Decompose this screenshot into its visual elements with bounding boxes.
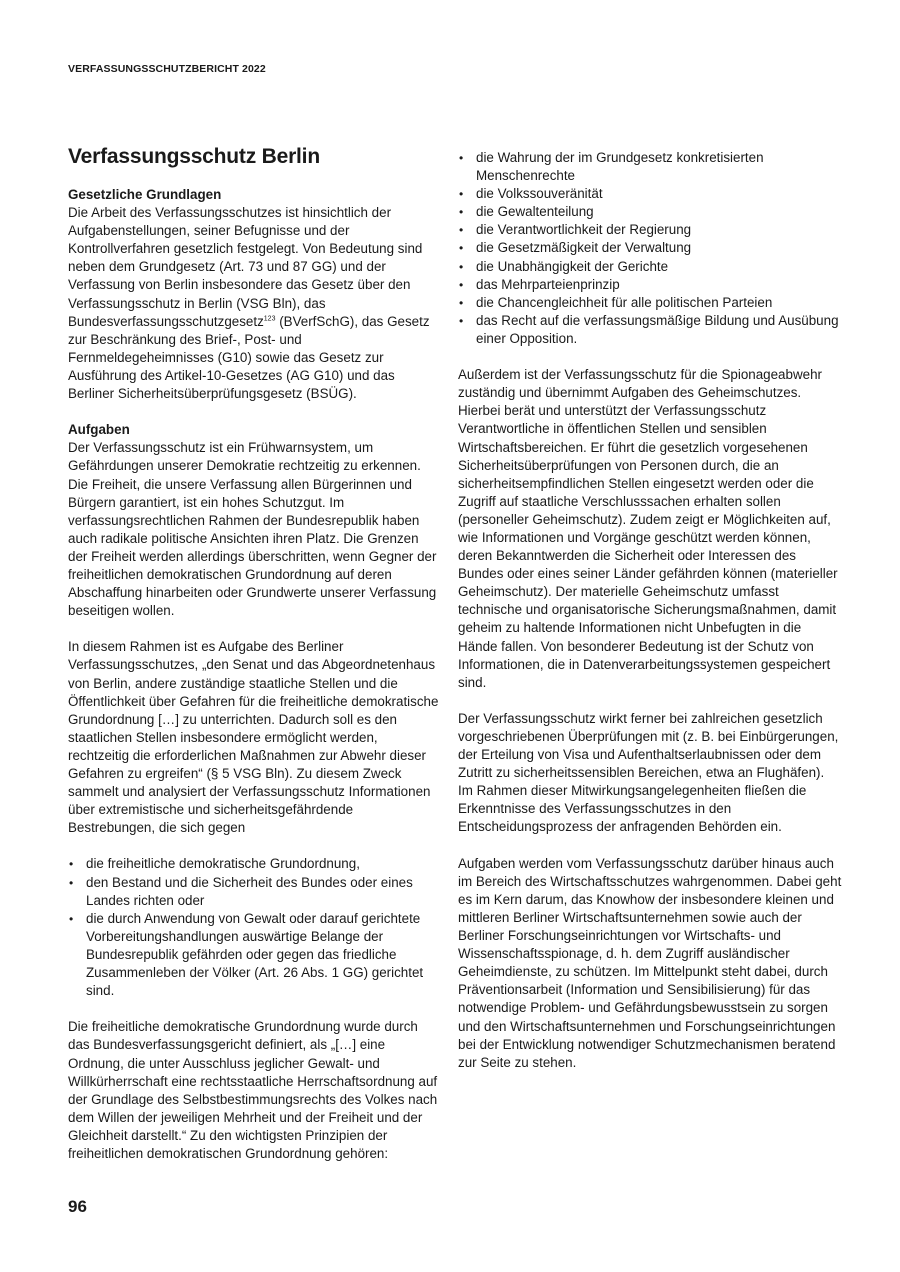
list-item: die Wahrung der im Grundgesetz konkretis… — [458, 149, 842, 185]
legal-basis-text: Die Arbeit des Verfassungsschutzes ist h… — [68, 205, 422, 329]
list-item: die Volkssouveränität — [458, 185, 842, 203]
threats-bullet-list: die freiheitliche demokratische Grundord… — [68, 855, 440, 1000]
tasks-paragraph-fdgo-definition: Die freiheitliche demokratische Grundord… — [68, 1018, 440, 1163]
list-item: die durch Anwendung von Gewalt oder dara… — [68, 910, 440, 1000]
list-item: das Recht auf die verfassungsmäßige Bild… — [458, 312, 842, 348]
tasks-paragraph-mandate: In diesem Rahmen ist es Aufgabe des Berl… — [68, 638, 440, 837]
running-header: VERFASSUNGSSCHUTZBERICHT 2022 — [68, 63, 266, 75]
right-column: die Wahrung der im Grundgesetz konkretis… — [458, 149, 842, 1090]
footnote-reference[interactable]: 123 — [264, 315, 276, 322]
principles-bullet-list: die Wahrung der im Grundgesetz konkretis… — [458, 149, 842, 348]
list-item: den Bestand und die Sicherheit des Bunde… — [68, 874, 440, 910]
list-item: die Chancengleichheit für alle politisch… — [458, 294, 842, 312]
left-column: Verfassungsschutz Berlin Gesetzliche Gru… — [68, 143, 440, 1181]
list-item: die Unabhängigkeit der Gerichte — [458, 258, 842, 276]
list-item: die Gewaltenteilung — [458, 203, 842, 221]
legal-basis-paragraph: Die Arbeit des Verfassungsschutzes ist h… — [68, 204, 440, 403]
page-title: Verfassungsschutz Berlin — [68, 143, 440, 171]
screenings-paragraph: Der Verfassungsschutz wirkt ferner bei z… — [458, 710, 842, 837]
tasks-paragraph-early-warning: Der Verfassungsschutz ist ein Frühwarnsy… — [68, 439, 440, 620]
list-item: die freiheitliche demokratische Grundord… — [68, 855, 440, 873]
list-item: das Mehrparteienprinzip — [458, 276, 842, 294]
counterintelligence-paragraph: Außerdem ist der Verfassungsschutz für d… — [458, 366, 842, 692]
economic-protection-paragraph: Aufgaben werden vom Verfassungsschutz da… — [458, 855, 842, 1072]
section-heading-tasks: Aufgaben — [68, 421, 440, 439]
list-item: die Gesetzmäßigkeit der Verwaltung — [458, 239, 842, 257]
list-item: die Verantwortlichkeit der Regierung — [458, 221, 842, 239]
section-tasks: Aufgaben Der Verfassungsschutz ist ein F… — [68, 421, 440, 1163]
section-heading-legal-basis: Gesetzliche Grundlagen — [68, 186, 440, 204]
page-number: 96 — [68, 1197, 87, 1217]
section-legal-basis: Gesetzliche Grundlagen Die Arbeit des Ve… — [68, 186, 440, 403]
